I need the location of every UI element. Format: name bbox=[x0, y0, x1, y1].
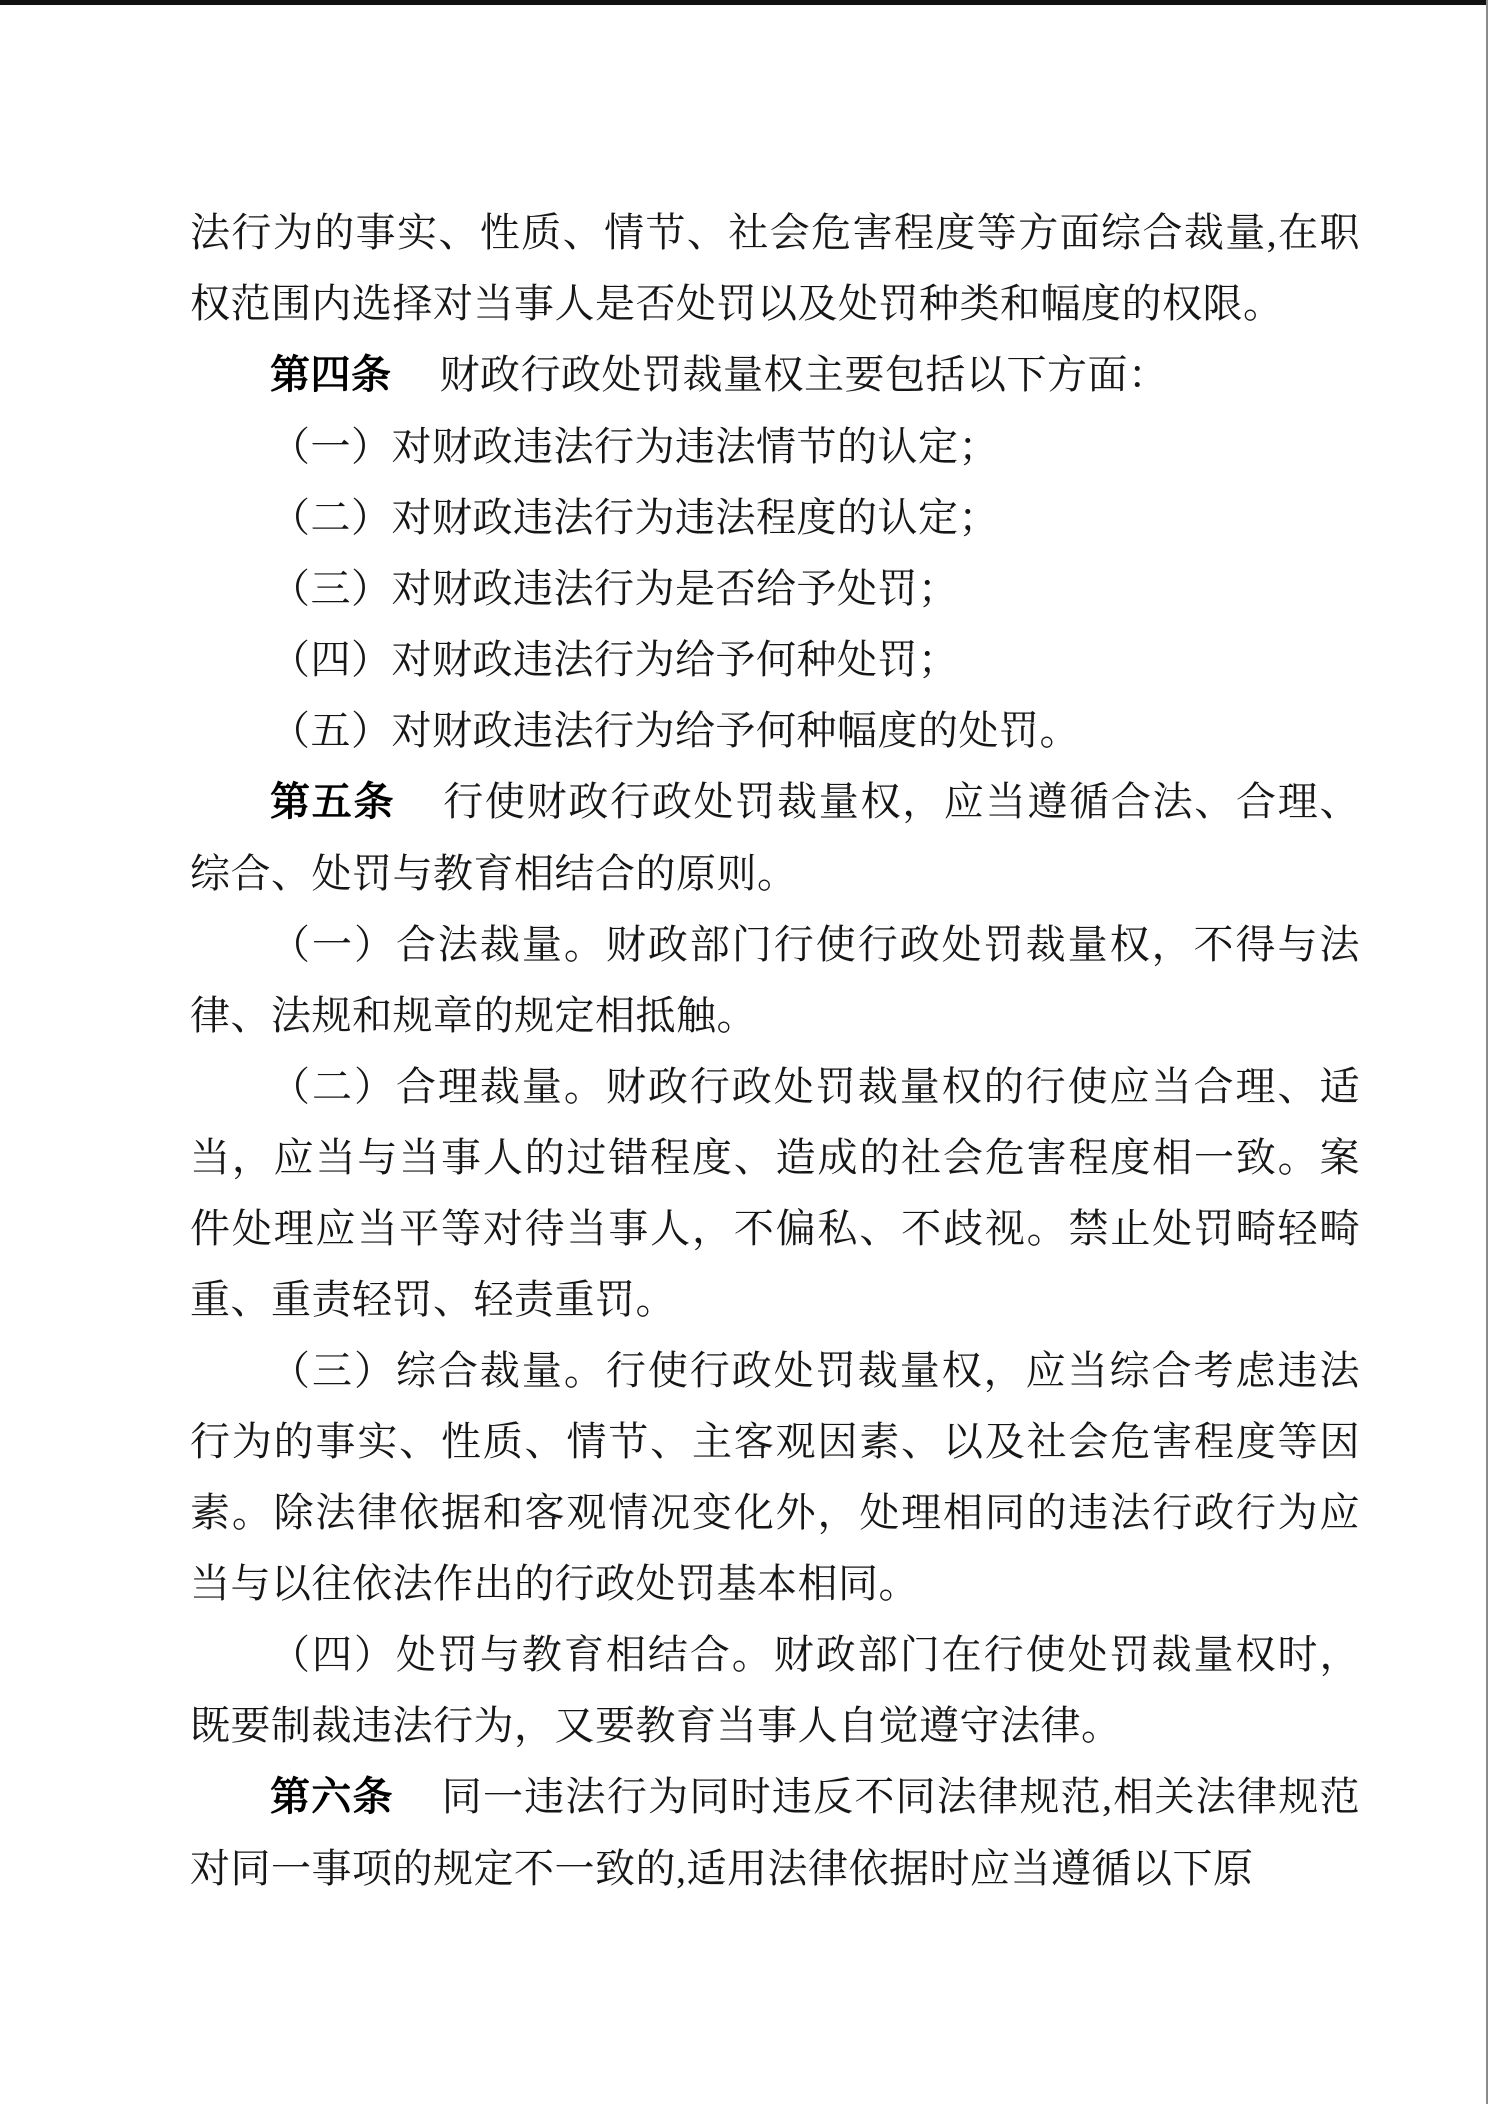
paragraph-text: 法行为的事实、性质、情节、社会危害程度等方面综合裁量,在职权范围内选择对当事人是… bbox=[190, 210, 1360, 326]
paragraph-article-4: 第四条财政行政处罚裁量权主要包括以下方面： bbox=[190, 339, 1360, 411]
paragraph-text: （一）对财政违法行为违法情节的认定； bbox=[270, 424, 999, 469]
paragraph-article-6: 第六条同一违法行为同时违反不同法律规范,相关法律规范对同一事项的规定不一致的,适… bbox=[190, 1761, 1360, 1904]
paragraph-text: （二）对财政违法行为违法程度的认定； bbox=[270, 495, 999, 540]
paragraph-item-3: （三）对财政违法行为是否给予处罚； bbox=[190, 553, 1360, 624]
paragraph-item-2: （二）对财政违法行为违法程度的认定； bbox=[190, 482, 1360, 553]
article-4-number: 第四条 bbox=[270, 353, 392, 397]
article-5-number: 第五条 bbox=[270, 780, 395, 824]
article-6-number: 第六条 bbox=[270, 1775, 394, 1819]
paragraph-text: （三）对财政违法行为是否给予处罚； bbox=[270, 566, 959, 611]
paragraph-principle-3: （三）综合裁量。行使行政处罚裁量权，应当综合考虑违法行为的事实、性质、情节、主客… bbox=[190, 1335, 1360, 1619]
paragraph-item-5: （五）对财政违法行为给予何种幅度的处罚。 bbox=[190, 695, 1360, 766]
document-body: 法行为的事实、性质、情节、社会危害程度等方面综合裁量,在职权范围内选择对当事人是… bbox=[190, 197, 1360, 1904]
paragraph-principle-1: （一）合法裁量。财政部门行使行政处罚裁量权，不得与法律、法规和规章的规定相抵触。 bbox=[190, 909, 1360, 1051]
paragraph-text: （四）对财政违法行为给予何种处罚； bbox=[270, 637, 959, 682]
paragraph-text: （四）处罚与教育相结合。财政部门在行使处罚裁量权时，既要制裁违法行为，又要教育当… bbox=[190, 1632, 1360, 1748]
page-top-edge bbox=[0, 0, 1488, 5]
document-page: 法行为的事实、性质、情节、社会危害程度等方面综合裁量,在职权范围内选择对当事人是… bbox=[0, 0, 1488, 2104]
paragraph-text: （五）对财政违法行为给予何种幅度的处罚。 bbox=[270, 708, 1080, 753]
paragraph-text: （一）合法裁量。财政部门行使行政处罚裁量权，不得与法律、法规和规章的规定相抵触。 bbox=[190, 922, 1360, 1038]
paragraph-article-5: 第五条行使财政行政处罚裁量权，应当遵循合法、合理、综合、处罚与教育相结合的原则。 bbox=[190, 766, 1360, 909]
paragraph-text: （二）合理裁量。财政行政处罚裁量权的行使应当合理、适当，应当与当事人的过错程度、… bbox=[190, 1064, 1360, 1322]
paragraph-principle-2: （二）合理裁量。财政行政处罚裁量权的行使应当合理、适当，应当与当事人的过错程度、… bbox=[190, 1051, 1360, 1335]
paragraph-text: （三）综合裁量。行使行政处罚裁量权，应当综合考虑违法行为的事实、性质、情节、主客… bbox=[190, 1348, 1360, 1606]
paragraph-principle-4: （四）处罚与教育相结合。财政部门在行使处罚裁量权时，既要制裁违法行为，又要教育当… bbox=[190, 1619, 1360, 1761]
paragraph-text: 财政行政处罚裁量权主要包括以下方面： bbox=[440, 352, 1169, 397]
paragraph-item-4: （四）对财政违法行为给予何种处罚； bbox=[190, 624, 1360, 695]
paragraph-item-1: （一）对财政违法行为违法情节的认定； bbox=[190, 411, 1360, 482]
paragraph-continuation: 法行为的事实、性质、情节、社会危害程度等方面综合裁量,在职权范围内选择对当事人是… bbox=[190, 197, 1360, 339]
